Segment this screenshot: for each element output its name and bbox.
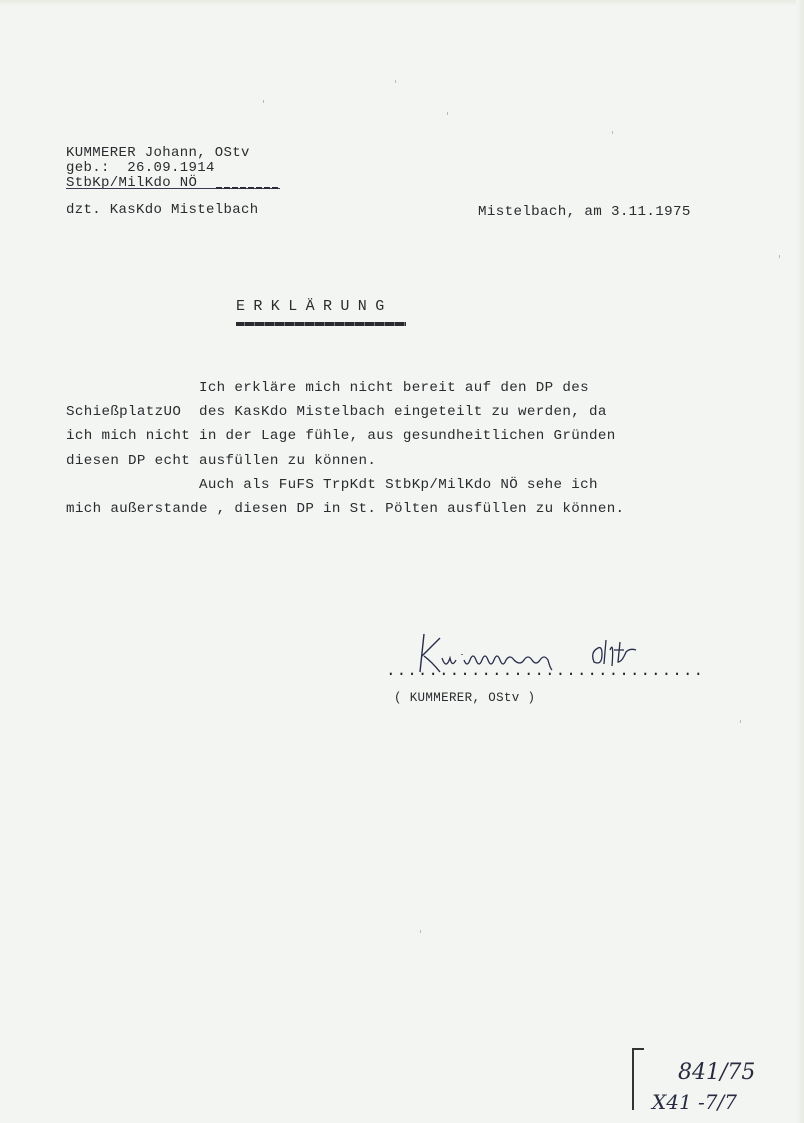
paper-speck — [740, 720, 741, 723]
body-line: Ich erkläre mich nicht bereit auf den DP… — [66, 380, 589, 396]
sender-unit-underline — [66, 188, 280, 189]
body-line: SchießplatzUO des KasKdo Mistelbach eing… — [66, 404, 607, 420]
sender-current-post: dzt. KasKdo Mistelbach — [66, 202, 259, 218]
body-line: ich mich nicht in der Lage fühle, aus ge… — [66, 428, 616, 444]
sender-birthdate: geb.: 26.09.1914 — [66, 160, 215, 176]
archive-reference: X41 -7/7 — [652, 1090, 737, 1114]
document-title: ERKLÄRUNG — [236, 298, 393, 315]
paper-speck — [779, 255, 780, 258]
paper-edge-top — [0, 0, 804, 6]
paper-speck — [263, 100, 264, 103]
archive-note: 841/75 X41 -7/7 — [628, 1040, 788, 1120]
paper-speck — [612, 131, 613, 134]
sender-name: KUMMERER Johann, OStv — [66, 145, 250, 161]
title-underline — [236, 322, 406, 326]
signature-dotted-line: .............................. — [386, 662, 704, 680]
signatory-typed-name: ( KUMMERER, OStv ) — [394, 690, 535, 706]
archive-number: 841/75 — [678, 1060, 755, 1085]
body-line: Auch als FuFS TrpKdt StbKp/MilKdo NÖ seh… — [66, 477, 598, 493]
archive-bracket-mark — [632, 1048, 644, 1110]
body-line: diesen DP echt ausfüllen zu können. — [66, 453, 376, 469]
body-line: mich außerstande , diesen DP in St. Pölt… — [66, 501, 624, 517]
paper-speck — [447, 112, 448, 115]
paper-speck — [395, 80, 396, 83]
paper-speck — [420, 930, 421, 933]
paper-edge-right — [796, 0, 804, 1123]
place-and-date: Mistelbach, am 3.11.1975 — [478, 204, 691, 220]
